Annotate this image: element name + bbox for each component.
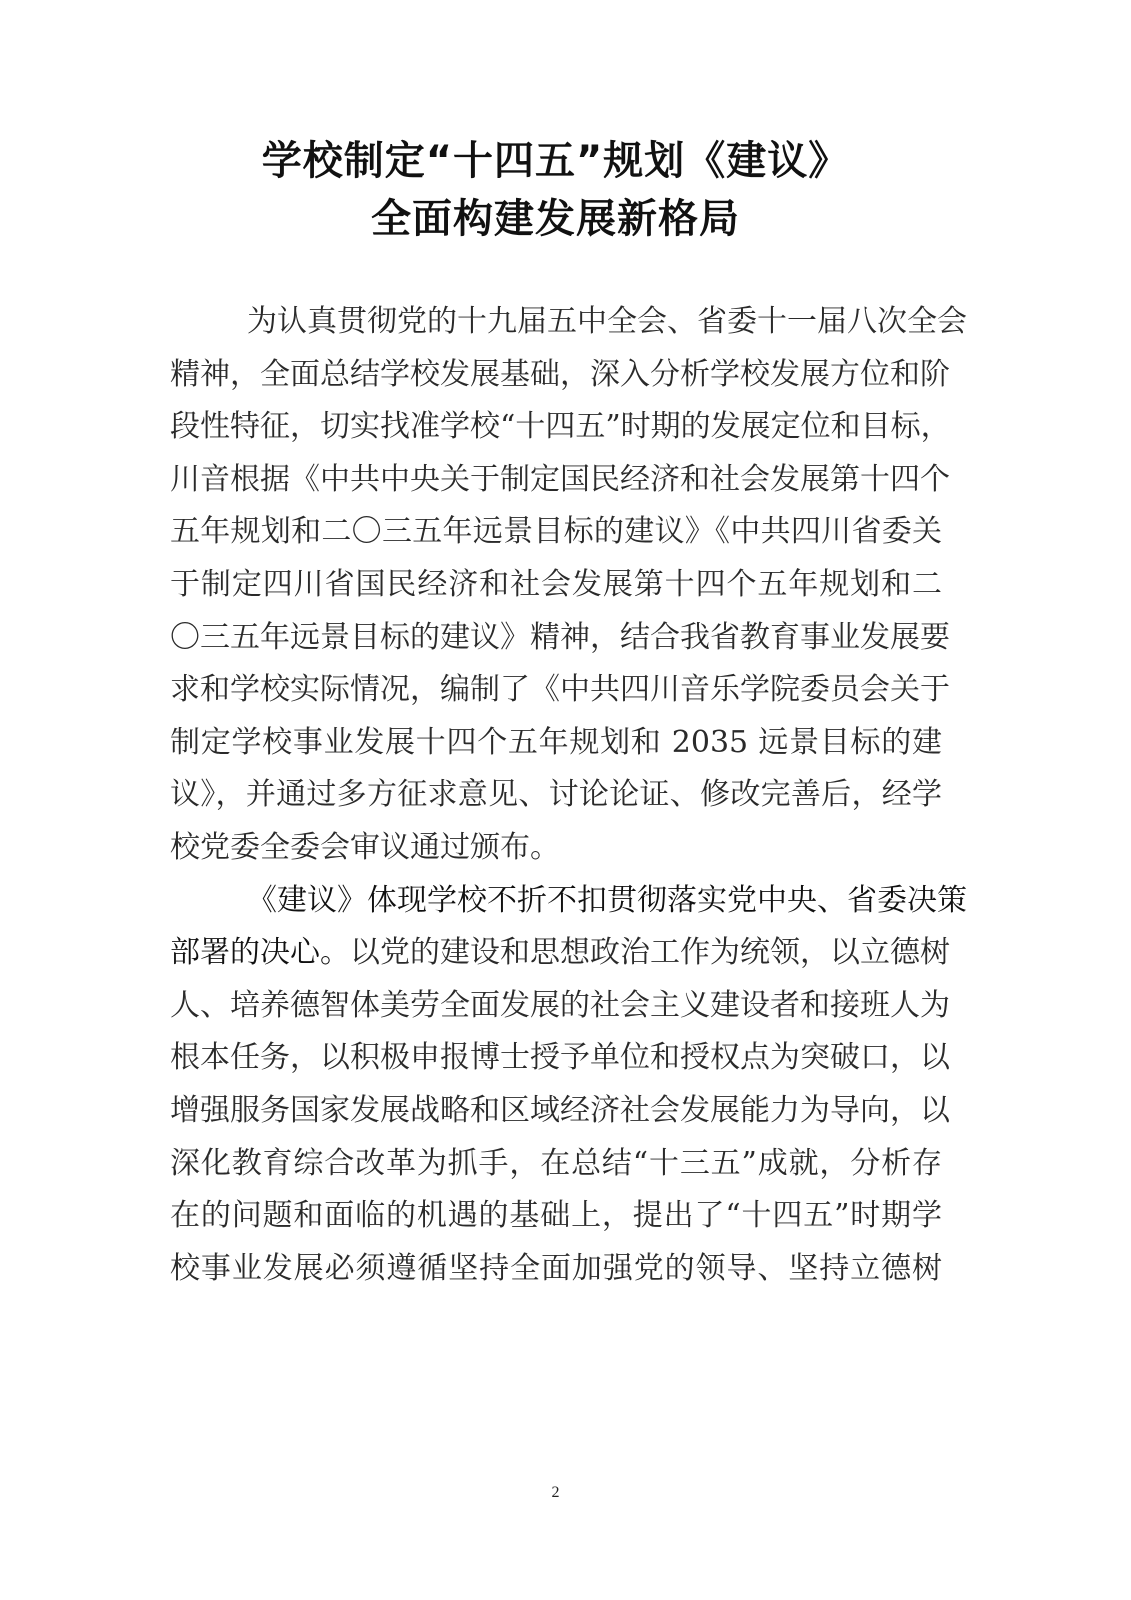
title-line-2: 全面构建发展新格局: [0, 190, 1111, 248]
document-title: 学校制定“十四五”规划《建议》 全面构建发展新格局: [0, 132, 1111, 248]
document-body: 为认真贯彻党的十九届五中全会、省委十一届八次全会 精神，全面总结学校发展基础，深…: [170, 296, 942, 1295]
text-span: 以党的建设和思想政治工作为统领，以立德树: [350, 935, 950, 970]
text-line: 制定学校事业发展十四个五年规划和 2035 远景目标的建: [170, 717, 942, 770]
text-line: 校党委全委会审议通过颁布。: [170, 822, 942, 875]
text-line: 段性特征，切实找准学校“十四五”时期的发展定位和目标，: [170, 401, 942, 454]
text-line: 人、培养德智体美劳全面发展的社会主义建设者和接班人为: [170, 980, 942, 1033]
text-line: 深化教育综合改革为抓手，在总结“十三五”成就，分析存: [170, 1138, 942, 1191]
text-line: 川音根据《中共中央关于制定国民经济和社会发展第十四个: [170, 454, 942, 507]
paragraph-1: 为认真贯彻党的十九届五中全会、省委十一届八次全会 精神，全面总结学校发展基础，深…: [170, 296, 942, 875]
text-line-mixed: 部署的决心。以党的建设和思想政治工作为统领，以立德树: [170, 927, 942, 980]
text-line: 为认真贯彻党的十九届五中全会、省委十一届八次全会: [170, 296, 942, 349]
text-line: 在的问题和面临的机遇的基础上，提出了“十四五”时期学: [170, 1190, 942, 1243]
page-number: 2: [0, 1484, 1111, 1502]
text-line: 校事业发展必须遵循坚持全面加强党的领导、坚持立德树: [170, 1243, 942, 1296]
title-line-1: 学校制定“十四五”规划《建议》: [0, 132, 1111, 190]
text-line: 〇三五年远景目标的建议》精神，结合我省教育事业发展要: [170, 612, 942, 665]
text-line: 于制定四川省国民经济和社会发展第十四个五年规划和二: [170, 559, 942, 612]
text-line: 增强服务国家发展战略和区域经济社会发展能力为导向，以: [170, 1085, 942, 1138]
text-line: 精神，全面总结学校发展基础，深入分析学校发展方位和阶: [170, 349, 942, 402]
text-line: 根本任务，以积极申报博士授予单位和授权点为突破口，以: [170, 1032, 942, 1085]
paragraph-2: 《建议》体现学校不折不扣贯彻落实党中央、省委决策 部署的决心。以党的建设和思想政…: [170, 875, 942, 1296]
text-line: 求和学校实际情况，编制了《中共四川音乐学院委员会关于: [170, 664, 942, 717]
lead-sentence-line-1: 《建议》体现学校不折不扣贯彻落实党中央、省委决策: [170, 875, 942, 928]
text-line: 五年规划和二〇三五年远景目标的建议》《中共四川省委关: [170, 506, 942, 559]
document-page: 学校制定“十四五”规划《建议》 全面构建发展新格局 为认真贯彻党的十九届五中全会…: [0, 0, 1131, 1600]
text-line: 议》，并通过多方征求意见、讨论论证、修改完善后，经学: [170, 769, 942, 822]
lead-sentence-line-2: 部署的决心。: [170, 935, 350, 970]
